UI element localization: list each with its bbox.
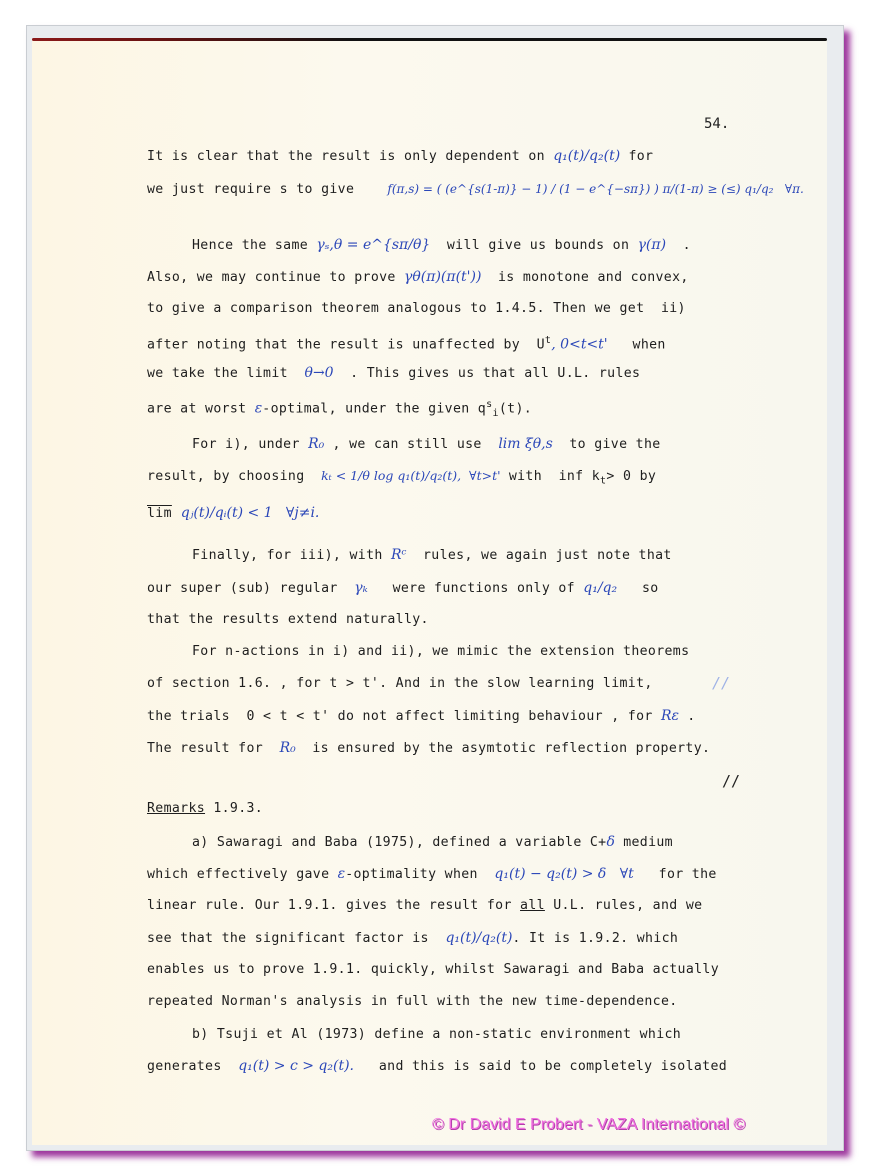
handwritten-formula: q₁(t) − q₂(t) > δ ∀t [494, 866, 633, 882]
page-number: 54. [704, 116, 729, 132]
text-line: see that the significant factor is q₁(t)… [147, 930, 678, 947]
text-line: Finally, for iii), with Rᶜ rules, we aga… [192, 547, 672, 564]
text-line: we take the limit θ→0 . This gives us th… [147, 365, 640, 382]
text-line: to give a comparison theorem analogous t… [147, 301, 686, 317]
handwritten-formula: qⱼ(t)/qᵢ(t) < 1 ∀j≠i. [172, 505, 320, 521]
handwritten-formula: Rᶜ [391, 547, 406, 563]
handwritten-formula: lim ξθ,s [498, 436, 552, 452]
text-line: which effectively gave ε-optimality when… [147, 866, 717, 883]
handwritten-formula: R₀ [280, 740, 296, 756]
handwritten-formula: , 0<t<t' [551, 336, 607, 352]
copyright-watermark: © Dr David E Probert - VAZA Internationa… [432, 1116, 745, 1134]
handwritten-formula: γₛ,θ = e^{sπ/θ} [316, 237, 430, 253]
text-line: For i), under R₀ , we can still use lim … [192, 436, 661, 453]
handwritten-formula: q₁(t)/q₂(t) [445, 930, 512, 946]
text-line: the trials 0 < t < t' do not affect limi… [147, 708, 696, 725]
text-line: our super (sub) regular γₖ were function… [147, 580, 659, 597]
section-heading: Remarks 1.9.3. [147, 801, 263, 817]
end-of-proof-mark: // [722, 772, 740, 790]
text-line: generates q₁(t) > c > q₂(t). and this is… [147, 1058, 727, 1075]
text-line: a) Sawaragi and Baba (1975), defined a v… [192, 834, 673, 851]
handwritten-formula: q₁(t)/q₂(t) [553, 148, 620, 164]
handwritten-formula: kₜ < 1/θ log q₁(t)/q₂(t), ∀t>t' [321, 468, 500, 483]
handwritten-formula: f(π,s) = ( (e^{s(1-π)} − 1) / (1 − e^{−s… [387, 182, 803, 196]
handwritten-formula: γₖ [354, 580, 367, 596]
page-top-edge [32, 38, 827, 41]
handwritten-formula: R₀ [308, 436, 324, 452]
handwritten-formula: θ→0 [305, 365, 334, 381]
text-line: linear rule. Our 1.9.1. gives the result… [147, 898, 702, 914]
text-line: of section 1.6. , for t > t'. And in the… [147, 676, 653, 692]
text-line: are at worst ε-optimal, under the given … [147, 397, 532, 422]
text-line: after noting that the result is unaffect… [147, 333, 666, 353]
text-line: For n-actions in i) and ii), we mimic th… [192, 644, 689, 660]
text-line: b) Tsuji et Al (1973) define a non-stati… [192, 1027, 681, 1043]
text-line: enables us to prove 1.9.1. quickly, whil… [147, 962, 719, 978]
text-line: It is clear that the result is only depe… [147, 148, 653, 165]
handwritten-formula: q₁(t) > c > q₂(t). [238, 1058, 354, 1074]
text-line: repeated Norman's analysis in full with … [147, 994, 678, 1010]
text-line: lim qⱼ(t)/qᵢ(t) < 1 ∀j≠i. [147, 505, 319, 522]
text-line: result, by choosing kₜ < 1/θ log q₁(t)/q… [147, 468, 656, 490]
handwritten-formula: γ(π) [638, 237, 667, 253]
text-line: we just require s to give f(π,s) = ( (e^… [147, 181, 804, 198]
handwritten-formula: Rε [661, 708, 679, 724]
handwritten-end-mark: // [712, 674, 730, 692]
handwritten-formula: γθ(π)(π(t')) [404, 269, 481, 285]
handwritten-formula: q₁/q₂ [583, 580, 617, 596]
text-line: Also, we may continue to prove γθ(π)(π(t… [147, 269, 689, 286]
text-line: The result for R₀ is ensured by the asym… [147, 740, 710, 757]
text-line: that the results extend naturally. [147, 612, 429, 628]
text-line: Hence the same γₛ,θ = e^{sπ/θ} will give… [192, 237, 691, 254]
